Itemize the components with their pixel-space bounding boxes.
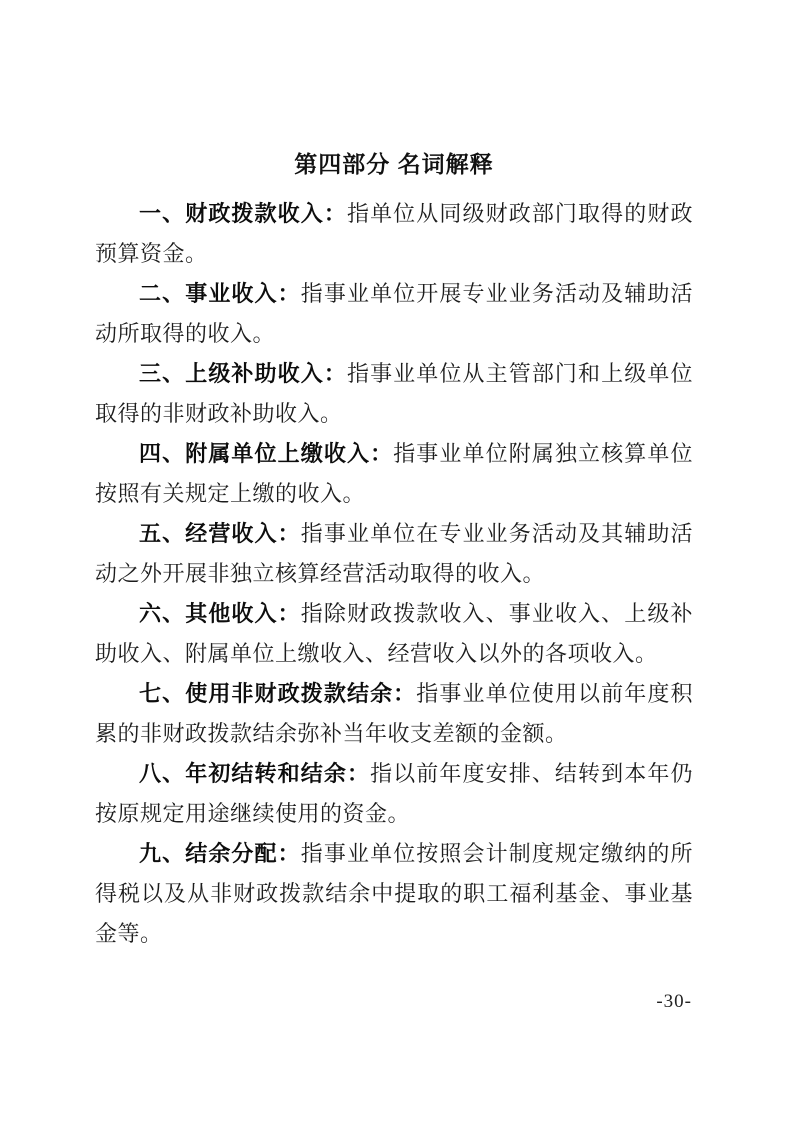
- term-name: 六、其他收入：: [139, 601, 301, 626]
- page-title: 第四部分 名词解释: [95, 144, 693, 184]
- term-item: 七、使用非财政拨款结余：指事业单位使用以前年度积累的非财政拨款结余弥补当年收支差…: [95, 674, 693, 754]
- term-item: 三、上级补助收入：指事业单位从主管部门和上级单位取得的非财政补助收入。: [95, 354, 693, 434]
- term-name: 八、年初结转和结余：: [139, 761, 370, 786]
- document-page: 第四部分 名词解释 一、财政拨款收入：指单位从同级财政部门取得的财政预算资金。 …: [0, 0, 793, 1122]
- term-name: 七、使用非财政拨款结余：: [139, 681, 416, 706]
- term-item: 六、其他收入：指除财政拨款收入、事业收入、上级补助收入、附属单位上缴收入、经营收…: [95, 594, 693, 674]
- term-name: 五、经营收入：: [139, 521, 301, 546]
- term-name: 九、结余分配：: [139, 841, 301, 866]
- term-item: 四、附属单位上缴收入：指事业单位附属独立核算单位按照有关规定上缴的收入。: [95, 434, 693, 514]
- term-item: 二、事业收入：指事业单位开展专业业务活动及辅助活动所取得的收入。: [95, 274, 693, 354]
- term-name: 四、附属单位上缴收入：: [139, 441, 393, 466]
- term-item: 五、经营收入：指事业单位在专业业务活动及其辅助活动之外开展非独立核算经营活动取得…: [95, 514, 693, 594]
- page-number: -30-: [656, 991, 692, 1013]
- term-name: 二、事业收入：: [139, 281, 301, 306]
- document-body: 第四部分 名词解释 一、财政拨款收入：指单位从同级财政部门取得的财政预算资金。 …: [95, 144, 693, 954]
- term-item: 九、结余分配：指事业单位按照会计制度规定缴纳的所得税以及从非财政拨款结余中提取的…: [95, 834, 693, 954]
- term-item: 八、年初结转和结余：指以前年度安排、结转到本年仍按原规定用途继续使用的资金。: [95, 754, 693, 834]
- term-name: 一、财政拨款收入：: [139, 201, 347, 226]
- term-item: 一、财政拨款收入：指单位从同级财政部门取得的财政预算资金。: [95, 194, 693, 274]
- term-name: 三、上级补助收入：: [139, 361, 347, 386]
